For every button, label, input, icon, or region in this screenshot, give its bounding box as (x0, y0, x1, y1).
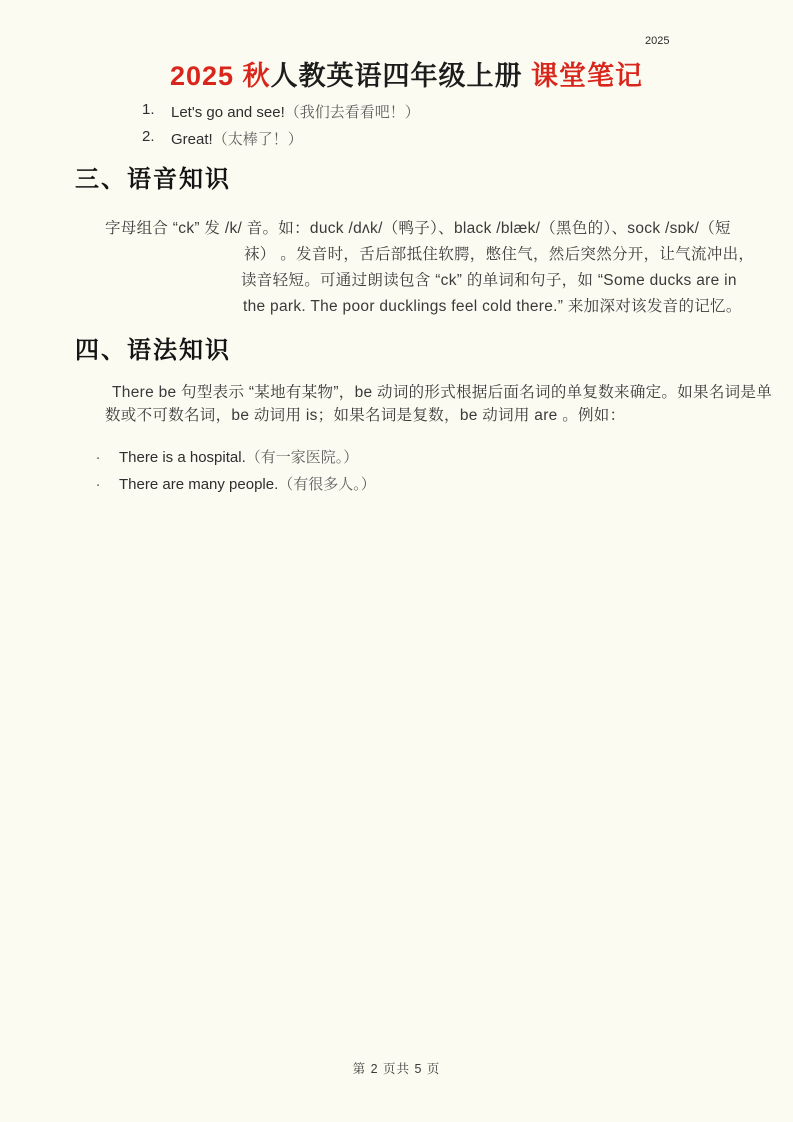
list-item-number: 1. (142, 101, 164, 118)
title-book-name: 人教英语四年级上册 (271, 61, 523, 91)
page-title: 2025 秋人教英语四年级上册 课堂笔记 (0, 54, 793, 93)
grammar-paragraph-line: There be 句型表示 “某地有某物”，be 动词的形式根据后面名词的单复数… (112, 380, 772, 402)
title-notes-label: 课堂笔记 (523, 61, 644, 91)
grammar-paragraph-line: 数或不可数名词，be 动词用 is；如果名词是复数，be 动词用 are 。例如… (105, 403, 625, 425)
example-text: There are many people.（有很多人。） (119, 473, 376, 494)
title-year-season: 2025 秋 (170, 61, 271, 91)
phonics-paragraph-line: 字母组合 “ck” 发 /k/ 音。如：duck /dʌk/（鸭子）、black… (105, 216, 731, 238)
phonics-paragraph-line: the park. The poor ducklings feel cold t… (243, 294, 742, 316)
example-english: There is a hospital. (119, 449, 246, 466)
list-item-text: Great!（太棒了！） (171, 128, 303, 149)
phonics-paragraph-line: 袜） 。发音时，舌后部抵住软腭，憋住气，然后突然分开，让气流冲出， (244, 242, 754, 264)
section-heading-grammar: 四、语法知识 (75, 330, 231, 365)
example-english: There are many people. (119, 476, 278, 493)
example-chinese: （有很多人。） (278, 476, 376, 493)
example-bullet: . (96, 473, 100, 490)
list-item-english: Great! (171, 131, 213, 148)
list-item-chinese: （太棒了！） (213, 131, 303, 148)
example-chinese: （有一家医院。） (246, 449, 359, 466)
corner-year: 2025 (645, 35, 669, 47)
page-footer: 第 2 页共 5 页 (0, 1059, 793, 1077)
list-item-english: Let's go and see! (171, 104, 285, 121)
section-heading-phonics: 三、语音知识 (75, 159, 231, 194)
example-text: There is a hospital.（有一家医院。） (119, 446, 358, 467)
document-page: { "page": { "corner_year": "2025", "foot… (0, 0, 793, 1122)
phonics-paragraph-line: 读音轻短。可通过朗读包含 “ck” 的单词和句子，如 “Some ducks a… (241, 268, 737, 290)
list-item-number: 2. (142, 128, 164, 145)
list-item-text: Let's go and see!（我们去看看吧！） (171, 101, 420, 122)
list-item-chinese: （我们去看看吧！） (285, 104, 420, 121)
example-bullet: . (96, 446, 100, 463)
